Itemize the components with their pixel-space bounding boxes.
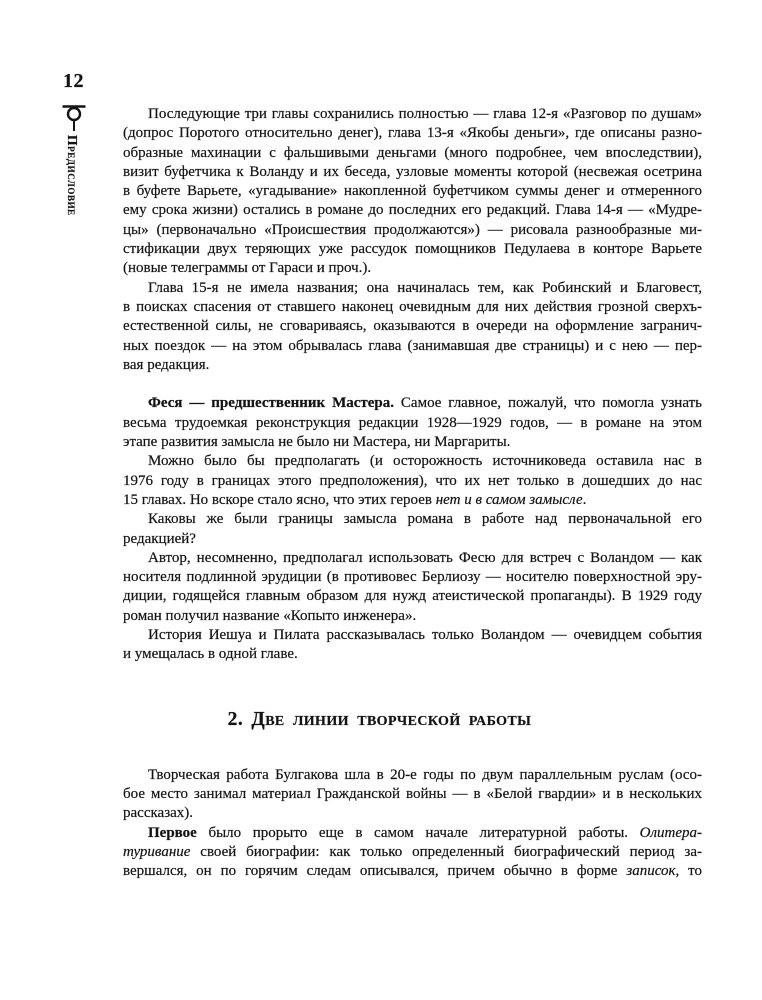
text-line: Творческая работа Булгакова шла в 20-е г… bbox=[123, 766, 702, 785]
paragraph: Первое было прорыто еще в самом начале л… bbox=[123, 824, 702, 882]
text-run: и умещалась в одной главе. bbox=[123, 646, 298, 662]
text-flow: Последующие три главы сохранились полнос… bbox=[123, 98, 702, 881]
text-run: в буфете Варьете, «угадывание» накопленн… bbox=[123, 183, 702, 199]
text-line: Последующие три главы сохранились полнос… bbox=[123, 105, 702, 124]
text-run: вая редакция. bbox=[123, 357, 209, 373]
text-line: вая редакция. bbox=[123, 356, 702, 375]
text-run: редакцией? bbox=[123, 531, 196, 547]
text-line: и умещалась в одной главе. bbox=[123, 645, 702, 664]
text-line: Феся — предшественник Мастера. Самое гла… bbox=[123, 394, 702, 413]
paragraph: Феся — предшественник Мастера. Самое гла… bbox=[123, 394, 702, 452]
text-line: носителя подлинной эрудиции (в противове… bbox=[123, 568, 702, 587]
text-run: , то bbox=[676, 863, 703, 879]
text-line: в буфете Варьете, «угадывание» накопленн… bbox=[123, 182, 702, 201]
text-run: было прорыто еще в самом начале литерату… bbox=[197, 825, 640, 841]
section-heading: 2. Две линии творческой работы bbox=[90, 708, 669, 732]
text-run: диции, годящейся главным образом для нуж… bbox=[123, 588, 702, 604]
text-line: рассказах). bbox=[123, 804, 702, 823]
text-run: ему срока жизни) остались в романе до по… bbox=[123, 202, 702, 218]
text-run: . bbox=[583, 492, 587, 508]
text-run: (новые телеграммы от Гараси и проч.). bbox=[123, 260, 371, 276]
text-run: носителя подлинной эрудиции (в противове… bbox=[123, 569, 702, 585]
text-run: Можно было бы предполагать (и осторожнос… bbox=[148, 453, 702, 469]
text-line: 15 главах. Но вскоре стало ясно, что эти… bbox=[123, 491, 702, 510]
text-line: роман получил название «Копыто инженера»… bbox=[123, 607, 702, 626]
text-line: туривание своей биографии: как только оп… bbox=[123, 843, 702, 862]
text-line: образные махинации с фальшивыми деньгами… bbox=[123, 144, 702, 163]
text-line: вершался, он по горячим следам описывалс… bbox=[123, 862, 702, 881]
paragraph: Можно было бы предполагать (и осторожнос… bbox=[123, 452, 702, 510]
paragraph: Каковы же были границы замысла романа в … bbox=[123, 510, 702, 549]
text-line: (новые телеграммы от Гараси и проч.). bbox=[123, 259, 702, 278]
text-run: весьма трудоемкая реконструкция редакции… bbox=[123, 415, 702, 431]
text-run: (допрос Поротого относительно денег), гл… bbox=[123, 125, 702, 141]
italic-run: нет и в самом замысле bbox=[436, 492, 583, 508]
text-line: естественной силы, не сговариваясь, оказ… bbox=[123, 317, 702, 336]
text-run: образные махинации с фальшивыми деньгами… bbox=[123, 145, 702, 161]
text-run: Самое главное, пожалуй, что помогла узна… bbox=[394, 395, 702, 411]
paragraph: Последующие три главы сохранились полнос… bbox=[123, 105, 702, 279]
paragraph: Глава 15-я не имела названия; она начина… bbox=[123, 279, 702, 375]
text-line: стификации двух теряющих уже рассудок по… bbox=[123, 240, 702, 259]
text-run: 15 главах. Но вскоре стало ясно, что эти… bbox=[123, 492, 436, 508]
text-run: ных поездок — на этом обрывалась глава (… bbox=[123, 338, 702, 354]
text-line: 1976 году в границах этого предположения… bbox=[123, 472, 702, 491]
text-line: Автор, несомненно, предполагал использов… bbox=[123, 549, 702, 568]
page-number: 12 bbox=[63, 70, 84, 93]
text-line: цы» (первоначально «Происшествия продолж… bbox=[123, 221, 702, 240]
bold-run: Первое bbox=[148, 825, 197, 841]
text-run: вершался, он по горячим следам описывалс… bbox=[123, 863, 626, 879]
text-run: Последующие три главы сохранились полнос… bbox=[148, 106, 702, 122]
text-run: цы» (первоначально «Происшествия продолж… bbox=[123, 222, 702, 238]
paragraph: Творческая работа Булгакова шла в 20-е г… bbox=[123, 766, 702, 824]
text-line: визит буфетчика к Воланду и их беседа, у… bbox=[123, 163, 702, 182]
italic-run: туривание bbox=[123, 844, 190, 860]
text-line: диции, годящейся главным образом для нуж… bbox=[123, 587, 702, 606]
text-line: Можно было бы предполагать (и осторожнос… bbox=[123, 452, 702, 471]
preface-ornament-icon bbox=[61, 104, 87, 134]
text-line: Глава 15-я не имела названия; она начина… bbox=[123, 279, 702, 298]
text-line: (допрос Поротого относительно денег), гл… bbox=[123, 124, 702, 143]
text-run: Автор, несомненно, предполагал использов… bbox=[148, 550, 702, 566]
bold-run: Феся — предшественник Мастера. bbox=[148, 395, 394, 411]
text-line: ных поездок — на этом обрывалась глава (… bbox=[123, 337, 702, 356]
text-run: визит буфетчика к Воланду и их беседа, у… bbox=[123, 164, 702, 180]
paragraph: Автор, несомненно, предполагал использов… bbox=[123, 549, 702, 626]
text-run: Глава 15-я не имела названия; она начина… bbox=[148, 280, 702, 296]
text-run: Творческая работа Булгакова шла в 20-е г… bbox=[148, 767, 702, 783]
italic-run: записок bbox=[626, 863, 675, 879]
text-run: стификации двух теряющих уже рассудок по… bbox=[123, 241, 702, 257]
text-line: бое место занимал материал Гражданской в… bbox=[123, 785, 702, 804]
text-run: естественной силы, не сговариваясь, оказ… bbox=[123, 318, 702, 334]
text-run: в поисках спасения от ставшего наконец о… bbox=[123, 299, 702, 315]
text-line: этапе развития замысла не было ни Мастер… bbox=[123, 433, 702, 452]
text-run: Каковы же были границы замысла романа в … bbox=[148, 511, 702, 527]
text-run: 1976 году в границах этого предположения… bbox=[123, 473, 702, 489]
text-line: Первое было прорыто еще в самом начале л… bbox=[123, 824, 702, 843]
text-run: этапе развития замысла не было ни Мастер… bbox=[123, 434, 510, 450]
text-run: рассказах). bbox=[123, 805, 193, 821]
italic-run: Олитера- bbox=[640, 825, 702, 841]
text-run: История Иешуа и Пилата рассказывалась то… bbox=[148, 627, 702, 643]
text-line: Каковы же были границы замысла романа в … bbox=[123, 510, 702, 529]
text-line: в поисках спасения от ставшего наконец о… bbox=[123, 298, 702, 317]
running-title: Предисловие bbox=[64, 135, 80, 216]
text-line: ему срока жизни) остались в романе до по… bbox=[123, 201, 702, 220]
text-line: редакцией? bbox=[123, 530, 702, 549]
text-run: бое место занимал материал Гражданской в… bbox=[123, 786, 702, 802]
book-page: 12 Предисловие Последующие три главы сох… bbox=[0, 0, 762, 1000]
paragraph-gap bbox=[123, 375, 702, 394]
text-line: История Иешуа и Пилата рассказывалась то… bbox=[123, 626, 702, 645]
paragraph: История Иешуа и Пилата рассказывалась то… bbox=[123, 626, 702, 665]
text-run: своей биографии: как только определенный… bbox=[190, 844, 702, 860]
text-run: роман получил название «Копыто инженера»… bbox=[123, 608, 416, 624]
text-line: весьма трудоемкая реконструкция редакции… bbox=[123, 414, 702, 433]
